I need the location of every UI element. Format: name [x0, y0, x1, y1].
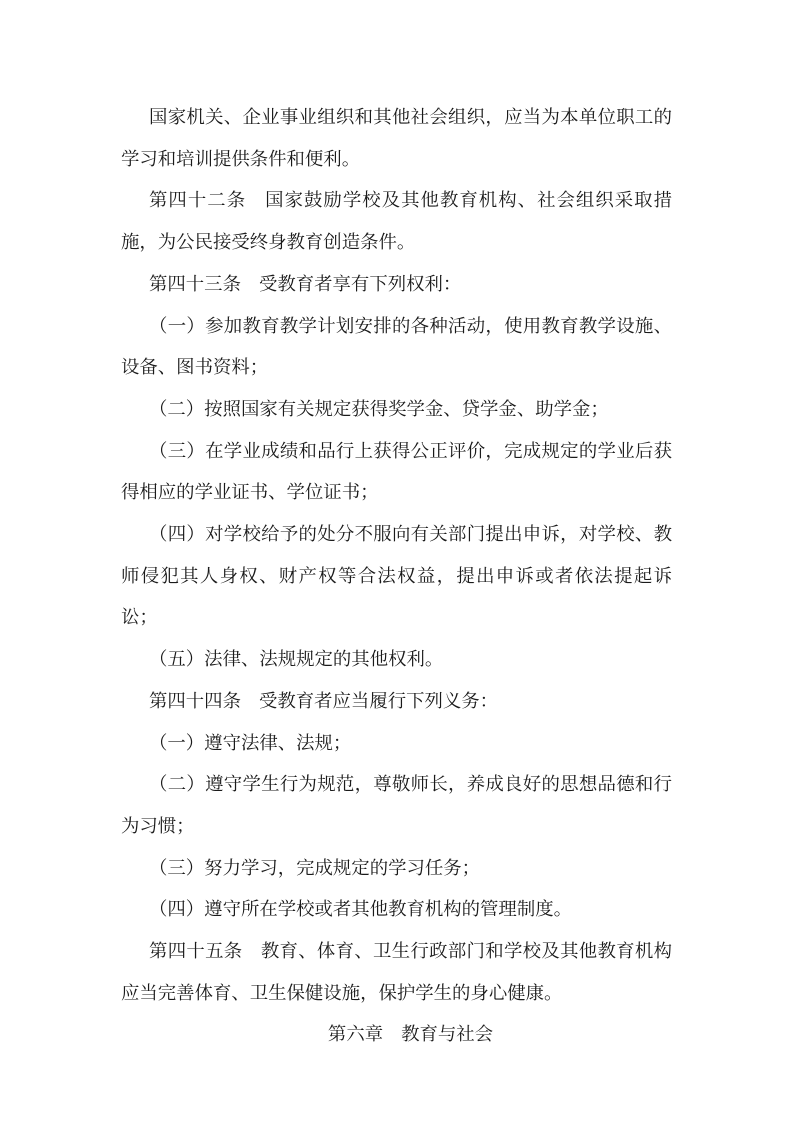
chapter-label: 第六章: [328, 1024, 383, 1044]
list-item: （一）参加教育教学计划安排的各种活动，使用教育教学设施、设备、图书资料；: [121, 306, 672, 389]
document-page: 国家机关、企业事业组织和其他社会组织，应当为本单位职工的学习和培训提供条件和便利…: [121, 97, 672, 1056]
article-label: 第四十四条: [149, 691, 241, 711]
article-label: 第四十三条: [149, 274, 241, 294]
list-item: （一）遵守法律、法规；: [121, 723, 672, 765]
list-item: （二）按照国家有关规定获得奖学金、贷学金、助学金；: [121, 389, 672, 431]
list-item: （三）在学业成绩和品行上获得公正评价，完成规定的学业后获得相应的学业证书、学位证…: [121, 431, 672, 514]
article-44: 第四十四条受教育者应当履行下列义务：: [121, 681, 672, 723]
article-label: 第四十二条: [149, 190, 246, 210]
article-label: 第四十五条: [149, 941, 243, 961]
list-item: （五）法律、法规规定的其他权利。: [121, 639, 672, 681]
article-text: 受教育者享有下列权利：: [259, 274, 461, 294]
list-item: （四）遵守所在学校或者其他教育机构的管理制度。: [121, 889, 672, 931]
article-45: 第四十五条教育、体育、卫生行政部门和学校及其他教育机构应当完善体育、卫生保健设施…: [121, 931, 672, 1014]
article-43: 第四十三条受教育者享有下列权利：: [121, 264, 672, 306]
list-item: （四）对学校给予的处分不服向有关部门提出申诉，对学校、教师侵犯其人身权、财产权等…: [121, 514, 672, 639]
list-item: （二）遵守学生行为规范，尊敬师长，养成良好的思想品德和行为习惯；: [121, 764, 672, 847]
article-text: 受教育者应当履行下列义务：: [259, 691, 498, 711]
article-42: 第四十二条国家鼓励学校及其他教育机构、社会组织采取措施，为公民接受终身教育创造条…: [121, 180, 672, 263]
paragraph-continuation: 国家机关、企业事业组织和其他社会组织，应当为本单位职工的学习和培训提供条件和便利…: [121, 97, 672, 180]
chapter-heading: 第六章教育与社会: [121, 1014, 672, 1056]
list-item: （三）努力学习，完成规定的学习任务；: [121, 848, 672, 890]
chapter-title: 教育与社会: [401, 1024, 493, 1044]
